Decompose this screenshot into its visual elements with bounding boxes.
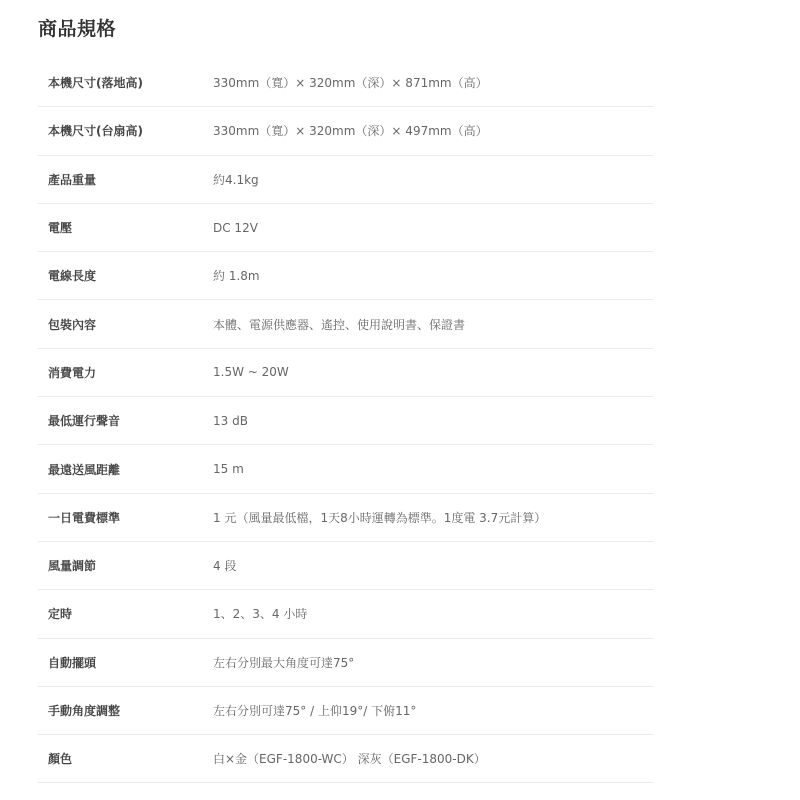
spec-label: 消費電力 (38, 364, 213, 381)
spec-row-auto-oscillation: 自動擺頭 左右分別最大角度可達75° (38, 639, 653, 687)
spec-row-manual-angle: 手動角度調整 左右分別可達75° / 上仰19°/ 下俯11° (38, 687, 653, 735)
spec-label: 包裝內容 (38, 316, 213, 333)
page-title: 商品規格 (38, 14, 116, 41)
spec-value: 1、2、3、4 小時 (213, 605, 653, 622)
spec-value: 約4.1kg (213, 171, 653, 188)
spec-label: 定時 (38, 605, 213, 622)
spec-row-table-size: 本機尺寸(台扇高) 330mm（寬）× 320mm（深）× 497mm（高） (38, 107, 653, 155)
spec-value: DC 12V (213, 221, 653, 235)
spec-row-power-consumption: 消費電力 1.5W ~ 20W (38, 349, 653, 397)
spec-row-weight: 產品重量 約4.1kg (38, 156, 653, 204)
spec-row-min-noise: 最低運行聲音 13 dB (38, 397, 653, 445)
spec-row-package-contents: 包裝內容 本體、電源供應器、遙控、使用說明書、保證書 (38, 300, 653, 348)
spec-value: 1 元（風量最低檔，1天8小時運轉為標準。1度電 3.7元計算） (213, 509, 653, 526)
spec-row-floor-size: 本機尺寸(落地高) 330mm（寬）× 320mm（深）× 871mm（高） (38, 59, 653, 107)
spec-label: 本機尺寸(台扇高) (38, 122, 213, 139)
spec-value: 330mm（寬）× 320mm（深）× 497mm（高） (213, 122, 653, 139)
spec-value: 4 段 (213, 557, 653, 574)
spec-row-cord-length: 電線長度 約 1.8m (38, 252, 653, 300)
spec-value: 13 dB (213, 414, 653, 428)
spec-row-color: 顏色 白×金（EGF-1800-WC） 深灰（EGF-1800-DK） (38, 735, 653, 783)
spec-label: 手動角度調整 (38, 702, 213, 719)
spec-row-max-airflow-distance: 最遠送風距離 15 m (38, 445, 653, 493)
spec-label: 本機尺寸(落地高) (38, 74, 213, 91)
spec-row-daily-cost: 一日電費標準 1 元（風量最低檔，1天8小時運轉為標準。1度電 3.7元計算） (38, 494, 653, 542)
spec-label: 電壓 (38, 219, 213, 236)
spec-label: 風量調節 (38, 557, 213, 574)
spec-label: 一日電費標準 (38, 509, 213, 526)
spec-value: 左右分別最大角度可達75° (213, 654, 653, 671)
spec-row-fan-speed: 風量調節 4 段 (38, 542, 653, 590)
spec-value: 約 1.8m (213, 267, 653, 284)
spec-label: 自動擺頭 (38, 654, 213, 671)
spec-label: 顏色 (38, 750, 213, 767)
spec-row-timer: 定時 1、2、3、4 小時 (38, 590, 653, 638)
spec-table: 本機尺寸(落地高) 330mm（寬）× 320mm（深）× 871mm（高） 本… (38, 59, 653, 783)
spec-value: 左右分別可達75° / 上仰19°/ 下俯11° (213, 702, 653, 719)
spec-value: 本體、電源供應器、遙控、使用說明書、保證書 (213, 316, 653, 333)
spec-value: 15 m (213, 462, 653, 476)
spec-label: 最遠送風距離 (38, 461, 213, 478)
spec-value: 330mm（寬）× 320mm（深）× 871mm（高） (213, 74, 653, 91)
spec-value: 1.5W ~ 20W (213, 365, 653, 379)
spec-label: 產品重量 (38, 171, 213, 188)
spec-value: 白×金（EGF-1800-WC） 深灰（EGF-1800-DK） (213, 750, 653, 767)
spec-label: 電線長度 (38, 267, 213, 284)
spec-row-voltage: 電壓 DC 12V (38, 204, 653, 252)
spec-label: 最低運行聲音 (38, 412, 213, 429)
